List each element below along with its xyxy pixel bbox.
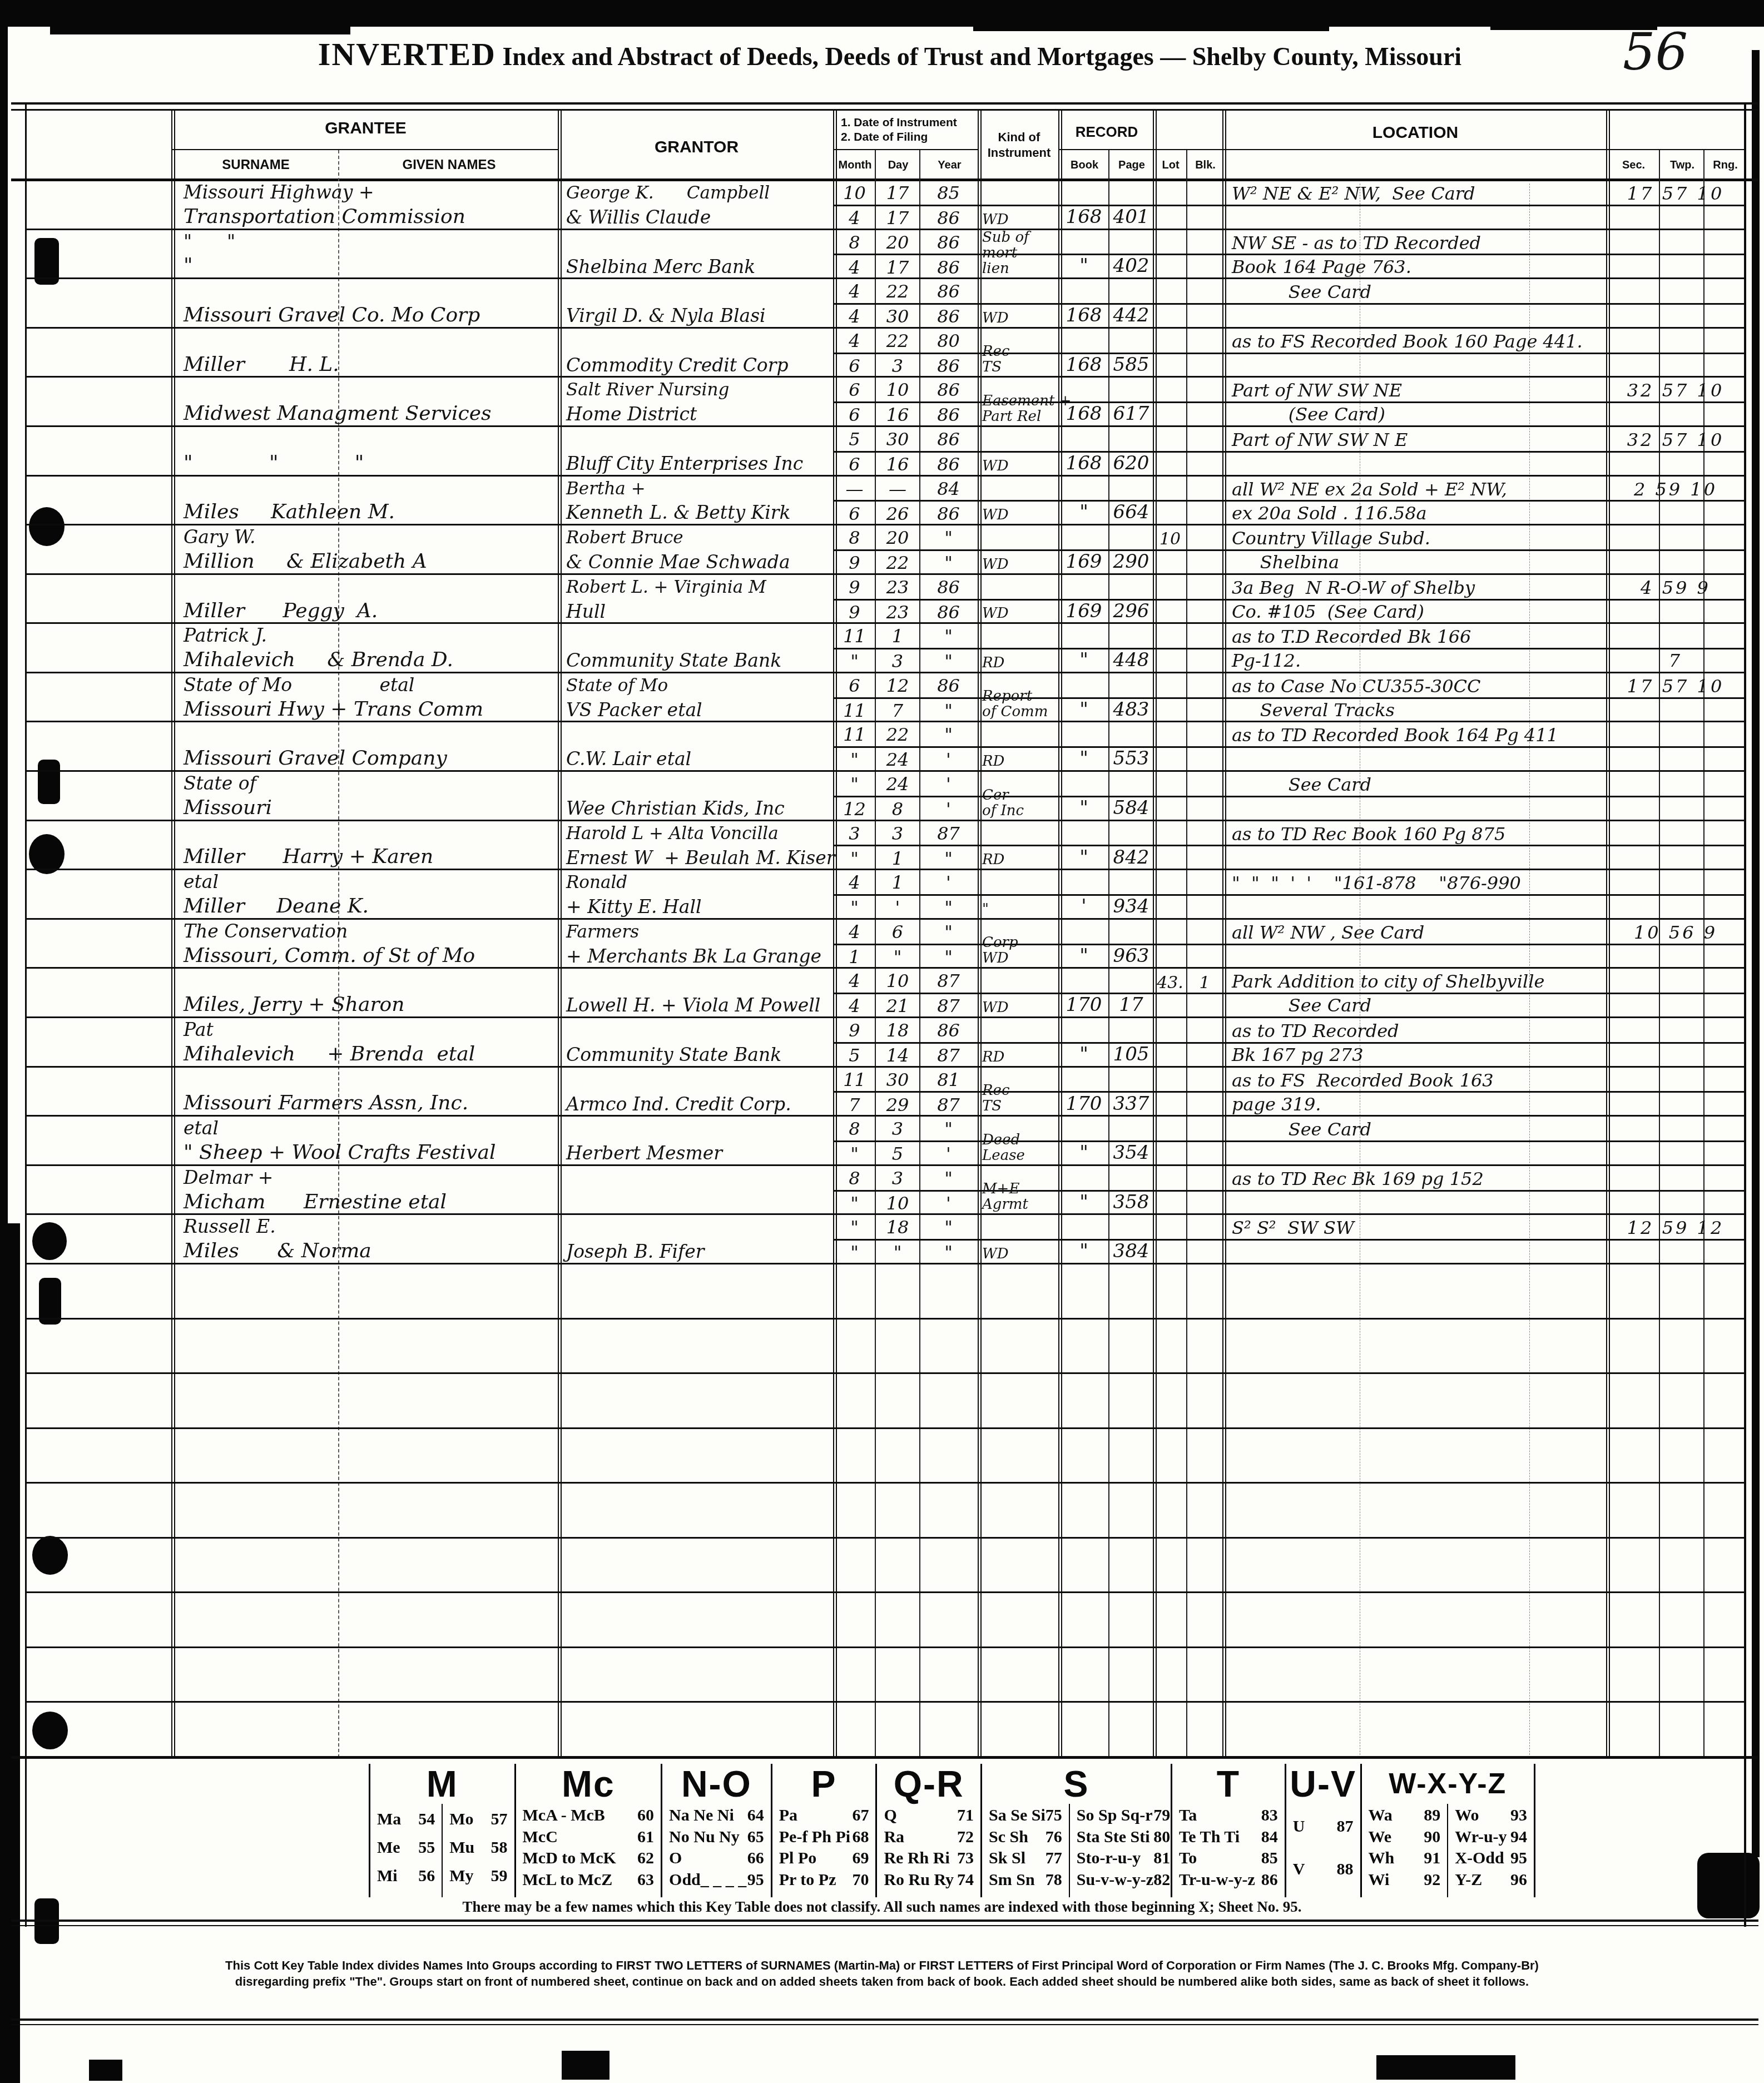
date-instrument: 86 — [920, 381, 977, 400]
location-line2: Co. #105 (See Card) — [1232, 603, 1602, 622]
scan-artifact — [562, 2051, 610, 2080]
row-midline — [833, 599, 1745, 601]
key-range-sheet: 60 — [637, 1806, 654, 1825]
date-instrument: — — [834, 480, 875, 499]
grantor-upper: Ronald — [566, 874, 836, 892]
record-page: 483 — [1110, 700, 1152, 720]
location-line2: See Card — [1232, 996, 1602, 1015]
location-line1: S² S² SW SW — [1232, 1219, 1602, 1238]
grantor-name: VS Packer etal — [566, 701, 836, 720]
date-instrument: 3 — [876, 1120, 919, 1139]
date-instrument: 3 — [834, 825, 875, 844]
kind-line: RD — [982, 655, 1057, 671]
header-kind-line1: Kind of — [979, 130, 1059, 145]
date-filing: 11 — [834, 702, 875, 721]
grantee-name: " Sheep + Wool Crafts Festival — [184, 1142, 556, 1163]
kind-line: WD — [982, 507, 1057, 523]
record-book: 169 — [1060, 552, 1108, 572]
key-range: Y-Z96 — [1448, 1871, 1534, 1889]
key-range-sheet: 55 — [418, 1838, 435, 1857]
sec-twp-rng: 10 56 9 — [1606, 924, 1745, 943]
date-filing: 26 — [876, 505, 919, 524]
key-range: Pe-f Ph Pi68 — [772, 1828, 876, 1847]
kind-of-instrument: WD — [982, 1000, 1057, 1015]
key-group-W-X-Y-Z: W-X-Y-ZWa89We90Wh91Wi92Wo93Wr-u-y94X-Odd… — [1362, 1764, 1535, 1897]
grantee-name: " — [184, 255, 556, 276]
key-range-letters: Ro Ru Ry — [884, 1871, 954, 1889]
date-instrument: " — [920, 923, 977, 942]
date-filing: 3 — [876, 357, 919, 376]
location-line1: as to TD Rec Bk 169 pg 152 — [1232, 1170, 1602, 1189]
key-range: Sk Sl77 — [982, 1849, 1069, 1868]
location-line1: See Card — [1232, 283, 1602, 302]
date-filing: 87 — [920, 1047, 977, 1065]
record-book: 168 — [1060, 355, 1108, 375]
key-group-subcolumn: So Sp Sq-r79Sta Ste Sti80Sto-r-u-y81Su-v… — [1069, 1804, 1177, 1897]
date-filing: 30 — [876, 308, 919, 326]
grantor-name: Hull — [566, 602, 836, 622]
grantor-upper: Farmers — [566, 923, 836, 941]
date-instrument: 8 — [834, 529, 875, 548]
rule — [171, 149, 559, 150]
key-group-T: TTa83Te Th Ti84To85Tr-u-w-y-z86 — [1172, 1764, 1286, 1897]
grantor-name: + Kitty E. Hall — [566, 897, 836, 917]
date-filing: ' — [920, 1145, 977, 1164]
key-group-subcolumn: Wo93Wr-u-y94X-Odd95Y-Z96 — [1447, 1804, 1534, 1897]
key-group-M: MMa54Me55Mi56Mo57Mu58My59 — [370, 1764, 516, 1897]
key-range-letters: U — [1293, 1817, 1305, 1836]
date-instrument: " — [920, 726, 977, 745]
key-range-sheet: 87 — [1337, 1817, 1354, 1836]
date-filing: " — [920, 554, 977, 573]
sec-twp-rng: 4 59 9 — [1606, 579, 1745, 598]
key-range: Odd_ _ _ _95 — [662, 1871, 771, 1889]
key-range: McD to McK62 — [516, 1849, 661, 1868]
grantee-upper: The Conservation — [184, 922, 556, 941]
date-instrument: 6 — [834, 677, 875, 696]
row-midline — [833, 746, 1745, 748]
header-twp: Twp. — [1660, 159, 1704, 172]
key-range-letters: McA - McB — [523, 1806, 605, 1825]
date-filing: 86 — [920, 603, 977, 622]
row-midline — [833, 993, 1745, 994]
record-page: 620 — [1110, 454, 1152, 474]
key-group-P: PPa67Pe-f Ph Pi68Pl Po69Pr to Pz70 — [772, 1764, 878, 1897]
row-midline — [833, 1190, 1745, 1192]
grantee-name: Miles, Jerry + Sharon — [184, 994, 556, 1015]
key-group-header: U-V — [1286, 1764, 1360, 1804]
date-filing: 6 — [834, 406, 875, 425]
key-range-letters: My — [449, 1867, 473, 1886]
date-filing: 21 — [876, 997, 919, 1016]
rule — [11, 102, 1758, 105]
key-group-Mc: McMcA - McB60McC61McD to McK62McL to McZ… — [516, 1764, 663, 1897]
sec-twp-rng: 12 59 12 — [1606, 1219, 1745, 1238]
table-row: Miller H. L.Commodity Credit Corp4228063… — [25, 329, 1745, 378]
key-group-header: S — [982, 1764, 1171, 1804]
date-filing: " — [920, 948, 977, 967]
key-range-sheet: 96 — [1510, 1871, 1527, 1889]
key-range-letters: Sc Sh — [989, 1828, 1028, 1847]
kind-line: lien — [982, 261, 1057, 276]
grantee-upper: etal — [184, 1119, 556, 1138]
key-range-letters: McL to McZ — [523, 1871, 613, 1889]
key-range-sheet: 56 — [418, 1867, 435, 1886]
empty-row — [25, 1593, 1745, 1648]
rule — [11, 2024, 1758, 2025]
key-range-sheet: 75 — [1045, 1806, 1062, 1825]
key-group-U-V: U-VU87V88 — [1286, 1764, 1362, 1897]
key-range: Me55 — [370, 1838, 442, 1857]
key-range-sheet: 54 — [418, 1810, 435, 1829]
grantee-upper: etal — [184, 872, 556, 892]
record-page: 585 — [1110, 355, 1152, 375]
row-midline — [833, 894, 1745, 896]
table-row: PatMihalevich + Brenda etalCommunity Sta… — [25, 1018, 1745, 1068]
grantor-upper: State of Mo — [566, 677, 836, 695]
key-range-letters: Su-v-w-y-z — [1077, 1871, 1153, 1889]
header-grantee: GRANTEE — [172, 119, 559, 138]
date-filing: 6 — [834, 357, 875, 376]
key-group-items: Ta83Te Th Ti84To85Tr-u-w-y-z86 — [1172, 1804, 1285, 1897]
date-filing: 16 — [876, 406, 919, 425]
record-book: 168 — [1060, 306, 1108, 326]
kind-of-instrument: Cerof Inc — [982, 787, 1057, 819]
date-instrument: " — [920, 1169, 977, 1188]
key-range-sheet: 83 — [1261, 1806, 1278, 1825]
date-instrument: " — [920, 627, 977, 646]
header-location: LOCATION — [1223, 123, 1607, 142]
table-row: Delmar +Micham Ernestine etal83""10'M+EA… — [25, 1166, 1745, 1216]
key-range-sheet: 66 — [747, 1849, 764, 1868]
date-filing: 17 — [876, 209, 919, 228]
date-instrument: 86 — [920, 234, 977, 252]
location-line1: See Card — [1232, 776, 1602, 795]
location-line2: (See Card) — [1232, 405, 1602, 424]
key-range-sheet: 76 — [1045, 1828, 1062, 1847]
key-range-letters: Pa — [779, 1806, 797, 1825]
date-instrument: 4 — [834, 282, 875, 301]
grantor-name: Virgil D. & Nyla Blasi — [566, 306, 836, 326]
kind-line: WD — [982, 1246, 1057, 1262]
kind-line: Rec — [982, 1083, 1057, 1098]
grantee-upper: State of — [184, 774, 556, 793]
record-page: 358 — [1110, 1193, 1152, 1213]
page-number: 56 — [1623, 22, 1688, 82]
date-instrument: 10 — [876, 972, 919, 991]
footer-fine-print-1: This Cott Key Table Index divides Names … — [159, 1957, 1605, 1973]
key-table-note: There may be a few names which this Key … — [170, 1898, 1594, 1916]
row-midline — [833, 1042, 1745, 1044]
record-page: 842 — [1110, 848, 1152, 868]
sec-twp-rng: 17 57 10 — [1606, 677, 1745, 696]
date-instrument: 80 — [920, 332, 977, 351]
date-filing: " — [920, 1243, 977, 1262]
grantee-name: Midwest Managment Services — [184, 403, 556, 424]
location-line1: as to T.D Recorded Bk 166 — [1232, 628, 1602, 647]
date-filing: 5 — [834, 1047, 875, 1065]
date-filing: " — [834, 751, 875, 770]
key-range: So Sp Sq-r79 — [1070, 1806, 1177, 1825]
kind-line: WD — [982, 310, 1057, 326]
row-midline — [833, 401, 1745, 403]
kind-of-instrument: CorpWD — [982, 935, 1057, 966]
grantor-name: & Connie Mae Schwada — [566, 553, 836, 572]
record-book: " — [1060, 503, 1108, 523]
key-range: Tr-u-w-y-z86 — [1172, 1871, 1285, 1889]
kind-line: WD — [982, 557, 1057, 572]
date-filing: 86 — [920, 357, 977, 376]
key-range: Te Th Ti84 — [1172, 1828, 1285, 1847]
key-group-header: M — [370, 1764, 514, 1804]
kind-of-instrument: M+EAgrmt — [982, 1181, 1057, 1212]
header-month: Month — [834, 159, 876, 172]
date-filing: 12 — [834, 800, 875, 819]
table-row: Missouri Gravel CompanyC.W. Lair etal112… — [25, 722, 1745, 772]
key-range: Wh91 — [1362, 1849, 1448, 1868]
key-range-letters: Wi — [1369, 1871, 1390, 1889]
date-filing: 86 — [920, 209, 977, 228]
grantee-name: Transportation Commission — [184, 206, 556, 227]
location-line2: ex 20a Sold . 116.58a — [1232, 504, 1602, 523]
key-range-letters: O — [669, 1849, 682, 1868]
date-filing: 86 — [920, 406, 977, 425]
date-instrument: 1 — [876, 627, 919, 646]
row-midline — [833, 303, 1745, 305]
record-page: 584 — [1110, 799, 1152, 819]
key-range-sheet: 89 — [1424, 1806, 1440, 1825]
date-instrument: ' — [920, 775, 977, 794]
key-group-items: Q71Ra72Re Rh Ri73Ro Ru Ry74 — [877, 1804, 980, 1897]
record-book: " — [1060, 1045, 1108, 1065]
date-filing: " — [920, 899, 977, 917]
location-line1: all W² NE ex 2a Sold + E² NW, — [1232, 480, 1602, 499]
date-filing: " — [834, 1194, 875, 1213]
record-book: 168 — [1060, 454, 1108, 474]
grantor-name: C.W. Lair etal — [566, 750, 836, 769]
table-row: State ofMissouriWee Christian Kids, Inc"… — [25, 772, 1745, 821]
date-instrument: 18 — [876, 1218, 919, 1237]
scan-artifact — [1697, 1853, 1760, 1918]
header-sec: Sec. — [1607, 159, 1660, 172]
key-group-columns: Ma54Me55Mi56Mo57Mu58My59 — [370, 1804, 514, 1897]
key-range-letters: V — [1293, 1860, 1305, 1879]
key-range: My59 — [443, 1867, 514, 1886]
date-instrument: 4 — [834, 923, 875, 942]
grantee-upper: Gary W. — [184, 528, 556, 547]
date-instrument: 8 — [834, 234, 875, 252]
table-row: etal" Sheep + Wool Crafts FestivalHerber… — [25, 1117, 1745, 1166]
key-group-header: Q-R — [877, 1764, 980, 1804]
date-filing: 4 — [834, 209, 875, 228]
date-filing: 3 — [876, 652, 919, 671]
key-range-sheet: 61 — [637, 1828, 654, 1847]
date-filing: ' — [876, 899, 919, 917]
key-range-sheet: 79 — [1153, 1806, 1170, 1825]
record-book: " — [1060, 700, 1108, 720]
key-range-sheet: 81 — [1153, 1849, 1170, 1868]
table-row: etalMiller Deane K.Ronald+ Kitty E. Hall… — [25, 870, 1745, 920]
date-instrument: 10 — [876, 381, 919, 400]
date-filing: " — [834, 850, 875, 869]
grantor-name: Shelbina Merc Bank — [566, 257, 836, 277]
scan-artifact-left-edge — [0, 27, 8, 1223]
key-range-letters: Pe-f Ph Pi — [779, 1828, 850, 1847]
date-filing: 86 — [920, 455, 977, 474]
grantee-name: Missouri Farmers Assn, Inc. — [184, 1093, 556, 1114]
date-instrument: " — [920, 1120, 977, 1139]
rule — [11, 2018, 1758, 2021]
key-range: No Nu Ny65 — [662, 1828, 771, 1847]
grantee-name: Miles & Norma — [184, 1241, 556, 1262]
key-range: Na Ne Ni64 — [662, 1806, 771, 1825]
date-filing: " — [876, 948, 919, 967]
kind-line: of Comm — [982, 704, 1057, 720]
key-range-sheet: 72 — [957, 1828, 974, 1847]
key-range-letters: Ta — [1179, 1806, 1197, 1825]
blk: 1 — [1188, 974, 1221, 992]
record-book: " — [1060, 651, 1108, 671]
kind-of-instrument: WD — [982, 1246, 1057, 1262]
key-range-sheet: 59 — [491, 1867, 508, 1886]
sec-twp-rng: 32 57 10 — [1606, 381, 1745, 400]
sec-twp-rng: 2 59 10 — [1606, 480, 1745, 499]
table-row: Midwest Managment ServicesSalt River Nur… — [25, 378, 1745, 427]
page-title-rest: Index and Abstract of Deeds, Deeds of Tr… — [496, 42, 1461, 71]
date-filing: ' — [920, 800, 977, 819]
date-instrument: 22 — [876, 282, 919, 301]
key-range-letters: McC — [523, 1828, 558, 1847]
kind-line: WD — [982, 1000, 1057, 1015]
record-book: " — [1060, 799, 1108, 819]
key-group-subcolumn: Wa89We90Wh91Wi92 — [1362, 1804, 1448, 1897]
kind-line: of Inc — [982, 803, 1057, 819]
date-filing: 16 — [876, 455, 919, 474]
date-filing: 1 — [834, 948, 875, 967]
date-instrument: 17 — [876, 184, 919, 203]
sec-twp-rng: 17 57 10 — [1606, 185, 1745, 204]
date-instrument: 11 — [834, 726, 875, 745]
location-line2: page 319. — [1232, 1095, 1602, 1114]
date-instrument: 6 — [834, 381, 875, 400]
date-instrument: 22 — [876, 726, 919, 745]
record-book: 169 — [1060, 602, 1108, 622]
kind-of-instrument: Sub ofmortlien — [982, 230, 1057, 276]
footer-fine-print-2: disregarding prefix "The". Groups start … — [159, 1973, 1605, 1990]
row-midline — [833, 648, 1745, 649]
empty-row — [25, 1320, 1745, 1375]
date-filing: " — [920, 652, 977, 671]
header-record: RECORD — [1059, 123, 1154, 141]
date-filing: " — [920, 702, 977, 721]
grantor-name: Kenneth L. & Betty Kirk — [566, 503, 836, 523]
date-instrument: 11 — [834, 627, 875, 646]
empty-row — [25, 1264, 1745, 1320]
key-range-sheet: 90 — [1424, 1828, 1440, 1847]
key-range: V88 — [1286, 1860, 1360, 1879]
grantee-name: Million & Elizabeth A — [184, 551, 556, 572]
table-row: Missouri Farmers Assn, Inc.Armco Ind. Cr… — [25, 1068, 1745, 1117]
key-group-columns: Wa89We90Wh91Wi92Wo93Wr-u-y94X-Odd95Y-Z96 — [1362, 1804, 1534, 1897]
date-instrument: 81 — [920, 1071, 977, 1090]
header-book: Book — [1059, 159, 1109, 172]
key-range-letters: Wo — [1455, 1806, 1479, 1825]
key-range: Ra72 — [877, 1828, 980, 1847]
key-range-letters: Tr-u-w-y-z — [1179, 1871, 1255, 1889]
key-range-sheet: 82 — [1153, 1871, 1170, 1889]
key-range: Ma54 — [370, 1810, 442, 1829]
key-group-items: Pa67Pe-f Ph Pi68Pl Po69Pr to Pz70 — [772, 1804, 876, 1897]
location-line1: NW SE - as to TD Recorded — [1232, 234, 1602, 253]
key-range: Sc Sh76 — [982, 1828, 1069, 1847]
grantee-name: Miller H. L. — [184, 354, 556, 375]
key-group-S: SSa Se Si75Sc Sh76Sk Sl77Sm Sn78So Sp Sq… — [982, 1764, 1172, 1897]
table-row: " " "Bluff City Enterprises Inc530866168… — [25, 427, 1745, 477]
key-range-letters: Na Ne Ni — [669, 1806, 734, 1825]
row-midline — [833, 697, 1745, 699]
ledger-page: INVERTED Index and Abstract of Deeds, De… — [0, 0, 1764, 2083]
grantor-name: Wee Christian Kids, Inc — [566, 799, 836, 819]
kind-of-instrument: WD — [982, 557, 1057, 572]
row-midline — [833, 796, 1745, 797]
key-range-letters: Sa Se Si — [989, 1806, 1045, 1825]
grantor-upper: Robert Bruce — [566, 529, 836, 547]
date-filing: ' — [920, 1194, 977, 1213]
record-page: 354 — [1110, 1143, 1152, 1163]
date-instrument: 20 — [876, 234, 919, 252]
key-group-header: T — [1172, 1764, 1285, 1804]
date-filing: 17 — [876, 259, 919, 277]
key-range: Mo57 — [443, 1810, 514, 1829]
table-row: " ""Shelbina Merc Bank8208641786Sub ofmo… — [25, 230, 1745, 280]
date-filing: " — [920, 850, 977, 869]
date-instrument: 12 — [876, 677, 919, 696]
date-instrument: " — [920, 1218, 977, 1237]
key-range: Re Rh Ri73 — [877, 1849, 980, 1868]
record-page: 402 — [1110, 256, 1152, 276]
kind-of-instrument: RecTS — [982, 344, 1057, 375]
key-group-Q-R: Q-RQ71Ra72Re Rh Ri73Ro Ru Ry74 — [877, 1764, 982, 1897]
row-midline — [833, 205, 1745, 206]
key-table: MMa54Me55Mi56Mo57Mu58My59McMcA - McB60Mc… — [369, 1764, 1535, 1897]
key-range: Pr to Pz70 — [772, 1871, 876, 1889]
key-range-letters: We — [1369, 1828, 1392, 1847]
date-filing: " — [834, 899, 875, 917]
date-filing: " — [876, 1243, 919, 1262]
key-range-letters: Wh — [1369, 1849, 1395, 1868]
date-instrument: 30 — [876, 430, 919, 449]
grantee-name: Miller Peggy A. — [184, 601, 556, 622]
date-instrument: " — [920, 529, 977, 548]
kind-line: Rec — [982, 344, 1057, 359]
date-filing: 5 — [876, 1145, 919, 1164]
date-filing: 86 — [920, 259, 977, 277]
scan-artifact — [50, 26, 350, 34]
key-range-sheet: 63 — [637, 1871, 654, 1889]
header-page: Page — [1109, 159, 1154, 172]
kind-of-instrument: WD — [982, 507, 1057, 523]
key-range-sheet: 88 — [1337, 1860, 1354, 1879]
date-instrument: 86 — [920, 1021, 977, 1040]
key-range-sheet: 65 — [747, 1828, 764, 1847]
date-filing: " — [834, 1145, 875, 1164]
grantee-name: Missouri — [184, 797, 556, 819]
header-given-names: GIVEN NAMES — [339, 157, 559, 173]
key-range-sheet: 95 — [1510, 1849, 1527, 1868]
key-range-sheet: 58 — [491, 1838, 508, 1857]
kind-line: mort — [982, 245, 1057, 261]
grantor-name: Joseph B. Fifer — [566, 1242, 836, 1262]
